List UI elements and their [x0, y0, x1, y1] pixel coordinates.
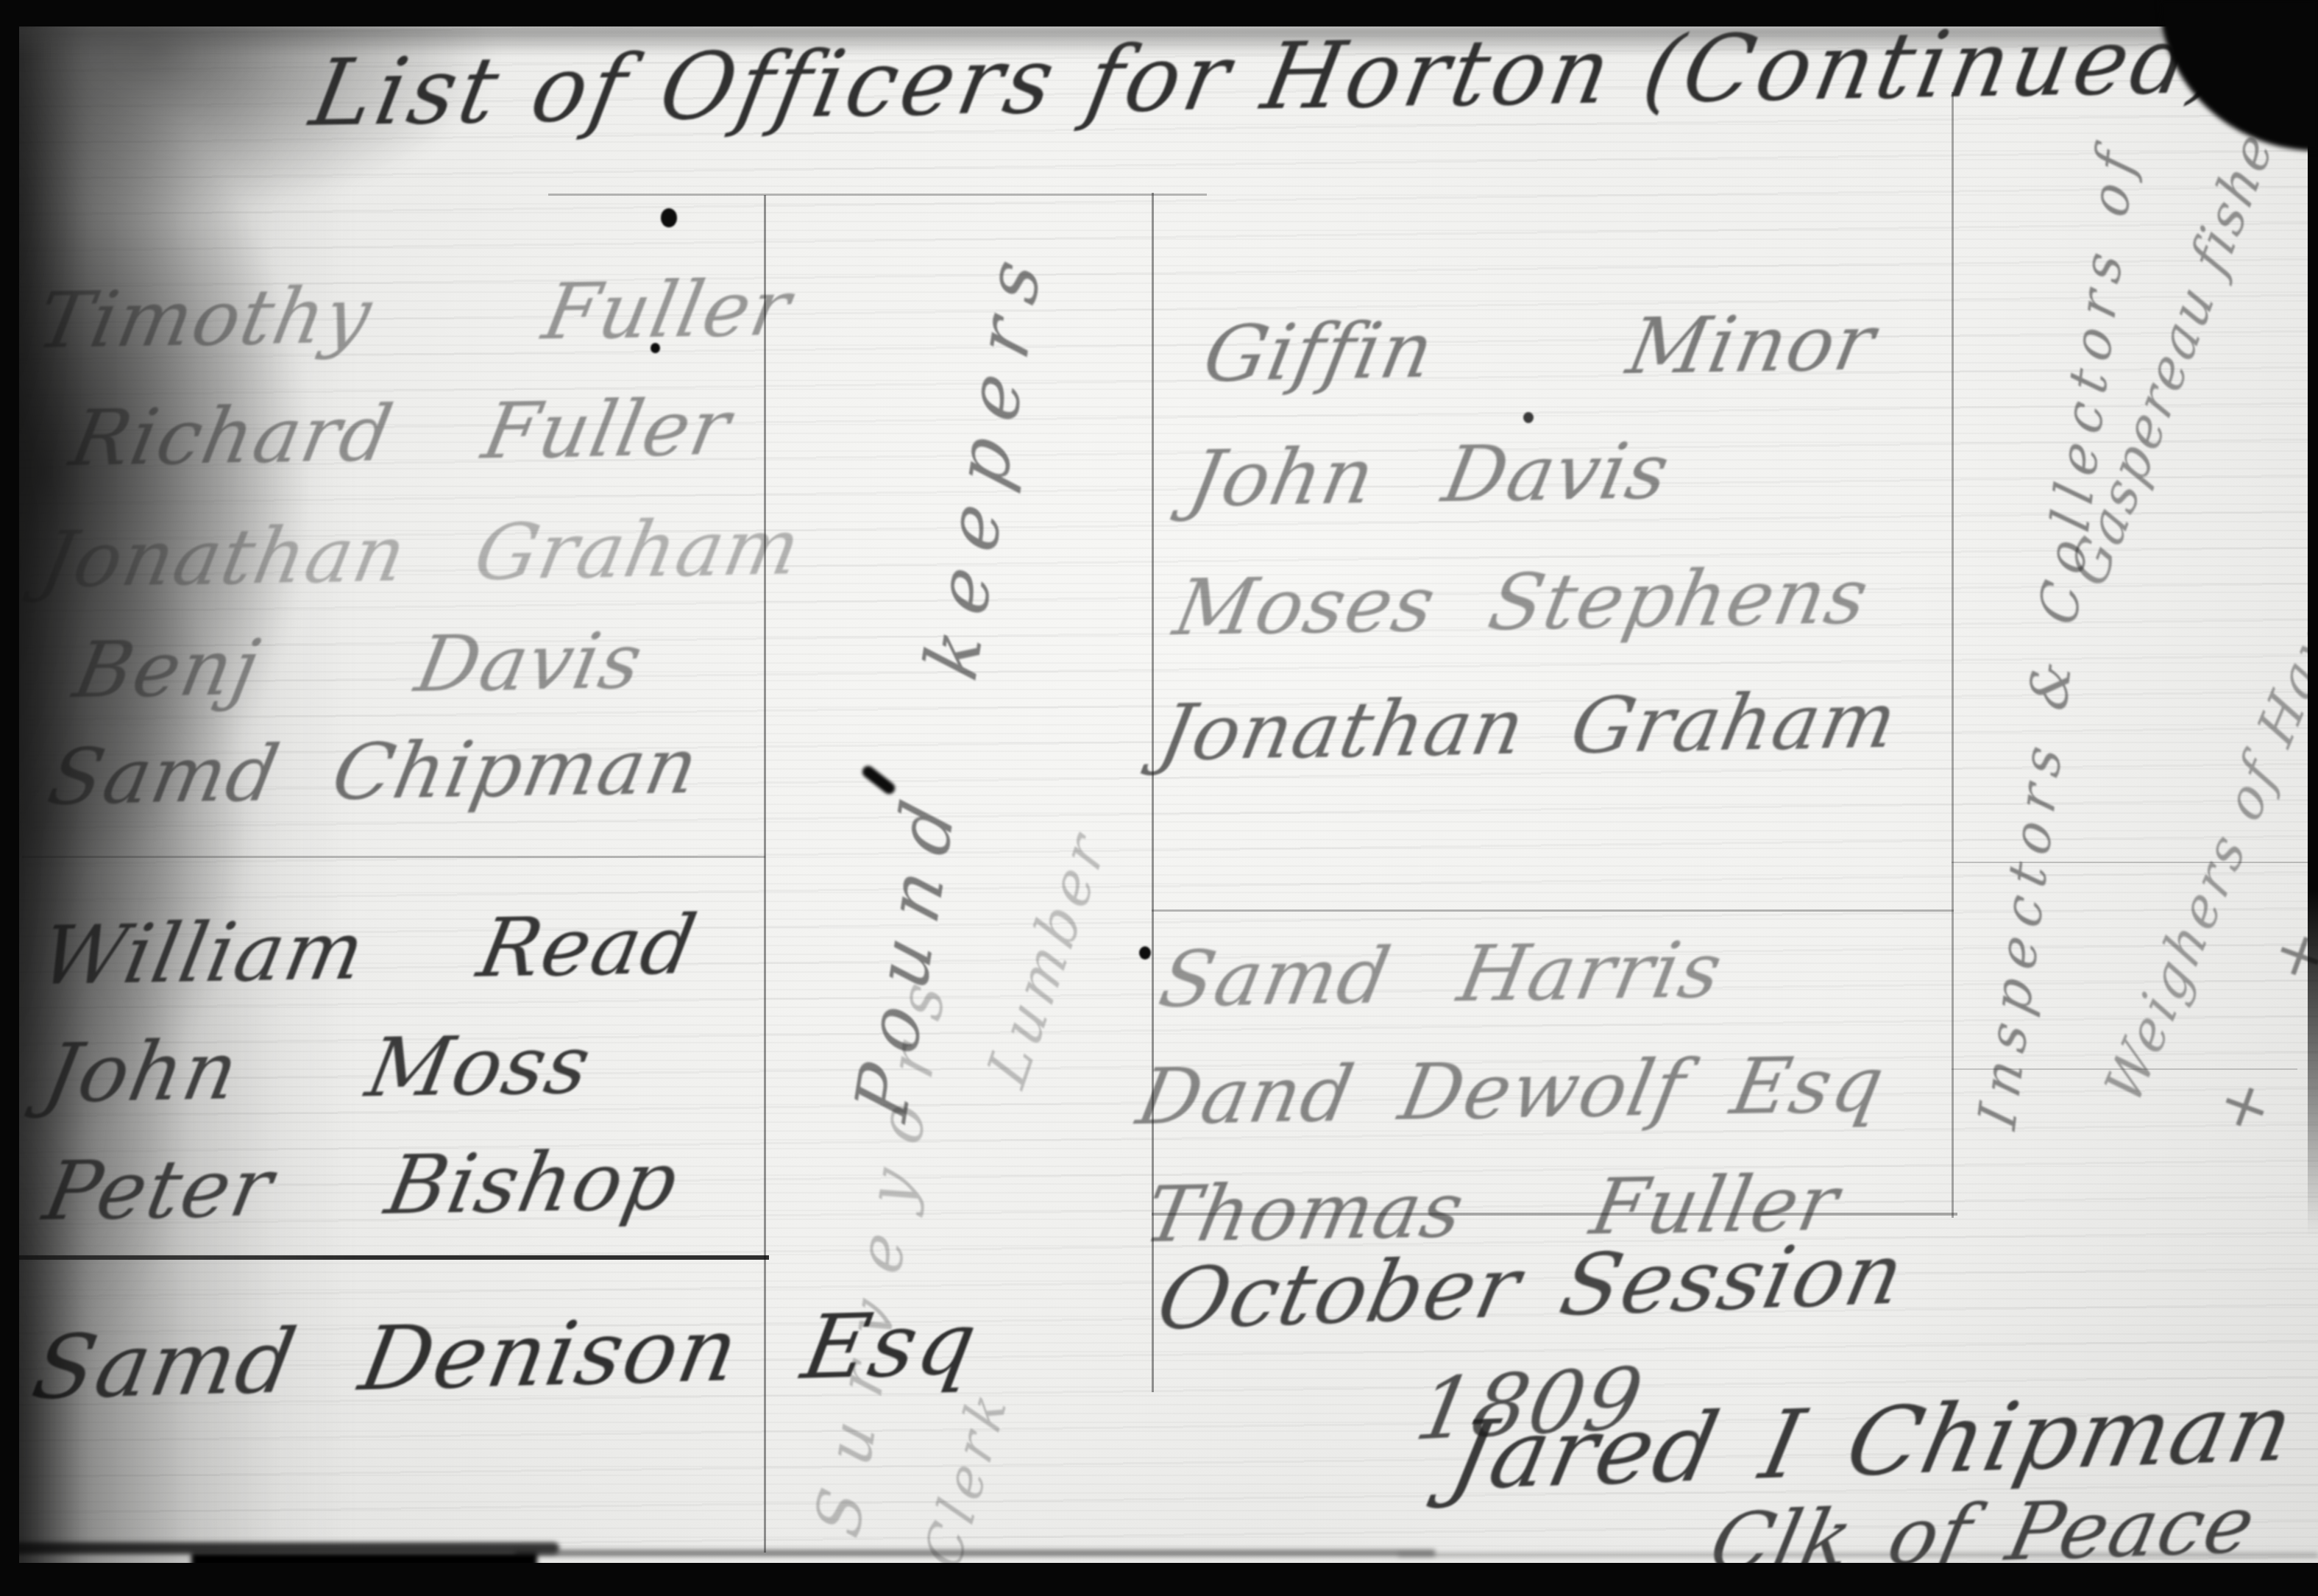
scan-edge-left	[0, 0, 19, 1596]
officer-name: John Davis	[1182, 426, 1678, 524]
officer-name: Moses Stephens	[1167, 551, 1876, 653]
ink-speck	[651, 343, 660, 353]
officer-name: Samd Chipman	[41, 721, 706, 822]
scan-bottom-smear	[515, 1550, 1435, 1556]
grid-vertical-line	[1952, 92, 1954, 1218]
ink-speck	[1139, 946, 1151, 960]
officer-name: Benj Davis	[67, 616, 651, 715]
ink-speck	[661, 208, 677, 227]
manuscript-page: List of Officers for Horton (Continued) …	[0, 0, 2318, 1596]
grid-horizontal-line	[22, 856, 765, 858]
grid-horizontal-line	[1152, 909, 1954, 912]
scan-edge-bottom	[0, 1563, 2318, 1596]
title-underline	[548, 194, 1207, 196]
officer-name: Jonathan Graham	[34, 502, 809, 605]
ink-speck	[1523, 412, 1534, 423]
officer-name: John Moss	[37, 1017, 599, 1121]
office-label-inspectors-collectors: Inspectors & Collectors of	[1966, 134, 2147, 1135]
office-label-lumber: Lumber	[975, 818, 1120, 1097]
scan-top-shading	[0, 26, 2318, 56]
grid-horizontal-line-heavy	[0, 1255, 769, 1260]
officer-name: William Read	[33, 898, 705, 1003]
officer-name: Jonathan Graham	[1152, 675, 1905, 778]
officer-name: Richard Fuller	[63, 382, 738, 483]
scan-edge-top	[0, 0, 2318, 26]
officer-name: Samd Harris	[1152, 925, 1730, 1024]
office-label-clerk: Clerk	[912, 1377, 1020, 1578]
scan-edge-right	[2308, 0, 2318, 1236]
officer-name: Peter Bishop	[37, 1133, 687, 1238]
officer-name: Giffin Minor	[1197, 297, 1883, 399]
scan-bottom-smear	[1398, 1553, 2318, 1557]
officer-name: Timothy Fuller	[30, 263, 798, 366]
officer-name: Dand Dewolf Esq	[1130, 1039, 1892, 1142]
scan-corner-top-right	[2160, 0, 2318, 151]
